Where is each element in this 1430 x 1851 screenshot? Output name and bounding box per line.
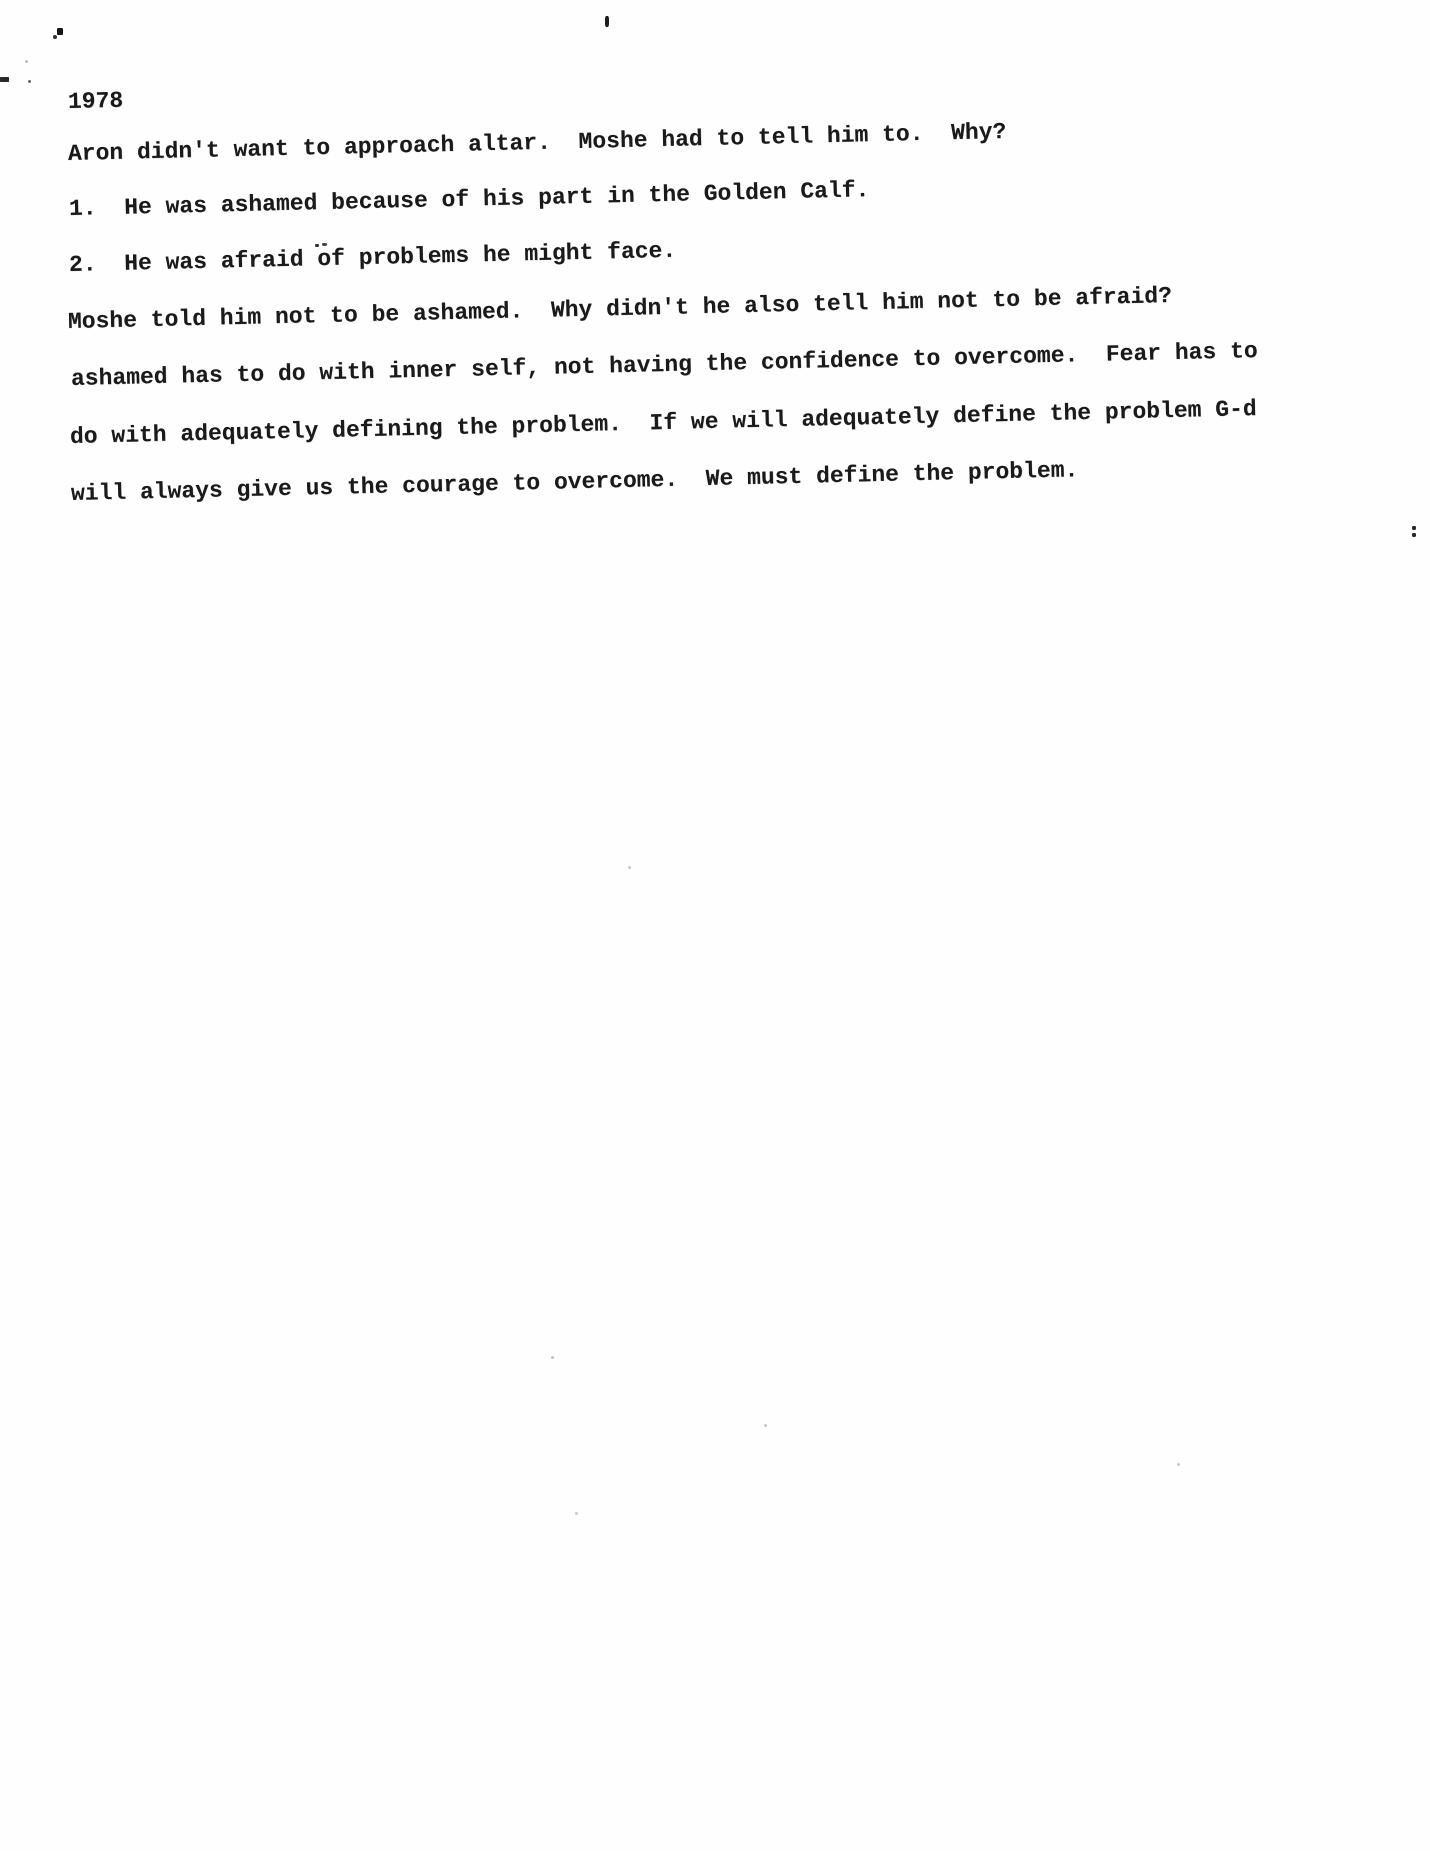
ink-speck [25,60,28,63]
text-line: 2. He was afraid of problems he might fa… [69,240,677,277]
ink-speck [575,1512,578,1515]
ink-speck [551,1356,554,1359]
text-line: Moshe told him not to be ashamed. Why di… [68,285,1172,334]
text-line: will always give us the courage to overc… [71,459,1079,506]
ink-speck [628,866,631,869]
ink-speck [1177,1463,1180,1466]
ink-speck [28,80,31,83]
ink-speck [764,1424,767,1427]
ink-speck [1412,526,1416,530]
ink-speck [57,28,63,35]
scanned-document-page: 1978 Aron didn't want to approach altar.… [0,0,1430,1851]
ink-speck [0,77,9,82]
ink-speck [605,16,609,27]
ink-speck [1412,533,1416,537]
ink-speck [53,35,57,39]
text-line: ashamed has to do with inner self, not h… [71,340,1258,391]
ink-speck-layer [0,0,1430,1851]
text-line: do with adequately defining the problem.… [70,398,1257,449]
text-line: 1. He was ashamed because of his part in… [69,179,870,221]
text-line: Aron didn't want to approach altar. Mosh… [68,121,1007,166]
year-label: 1978 [68,90,124,114]
